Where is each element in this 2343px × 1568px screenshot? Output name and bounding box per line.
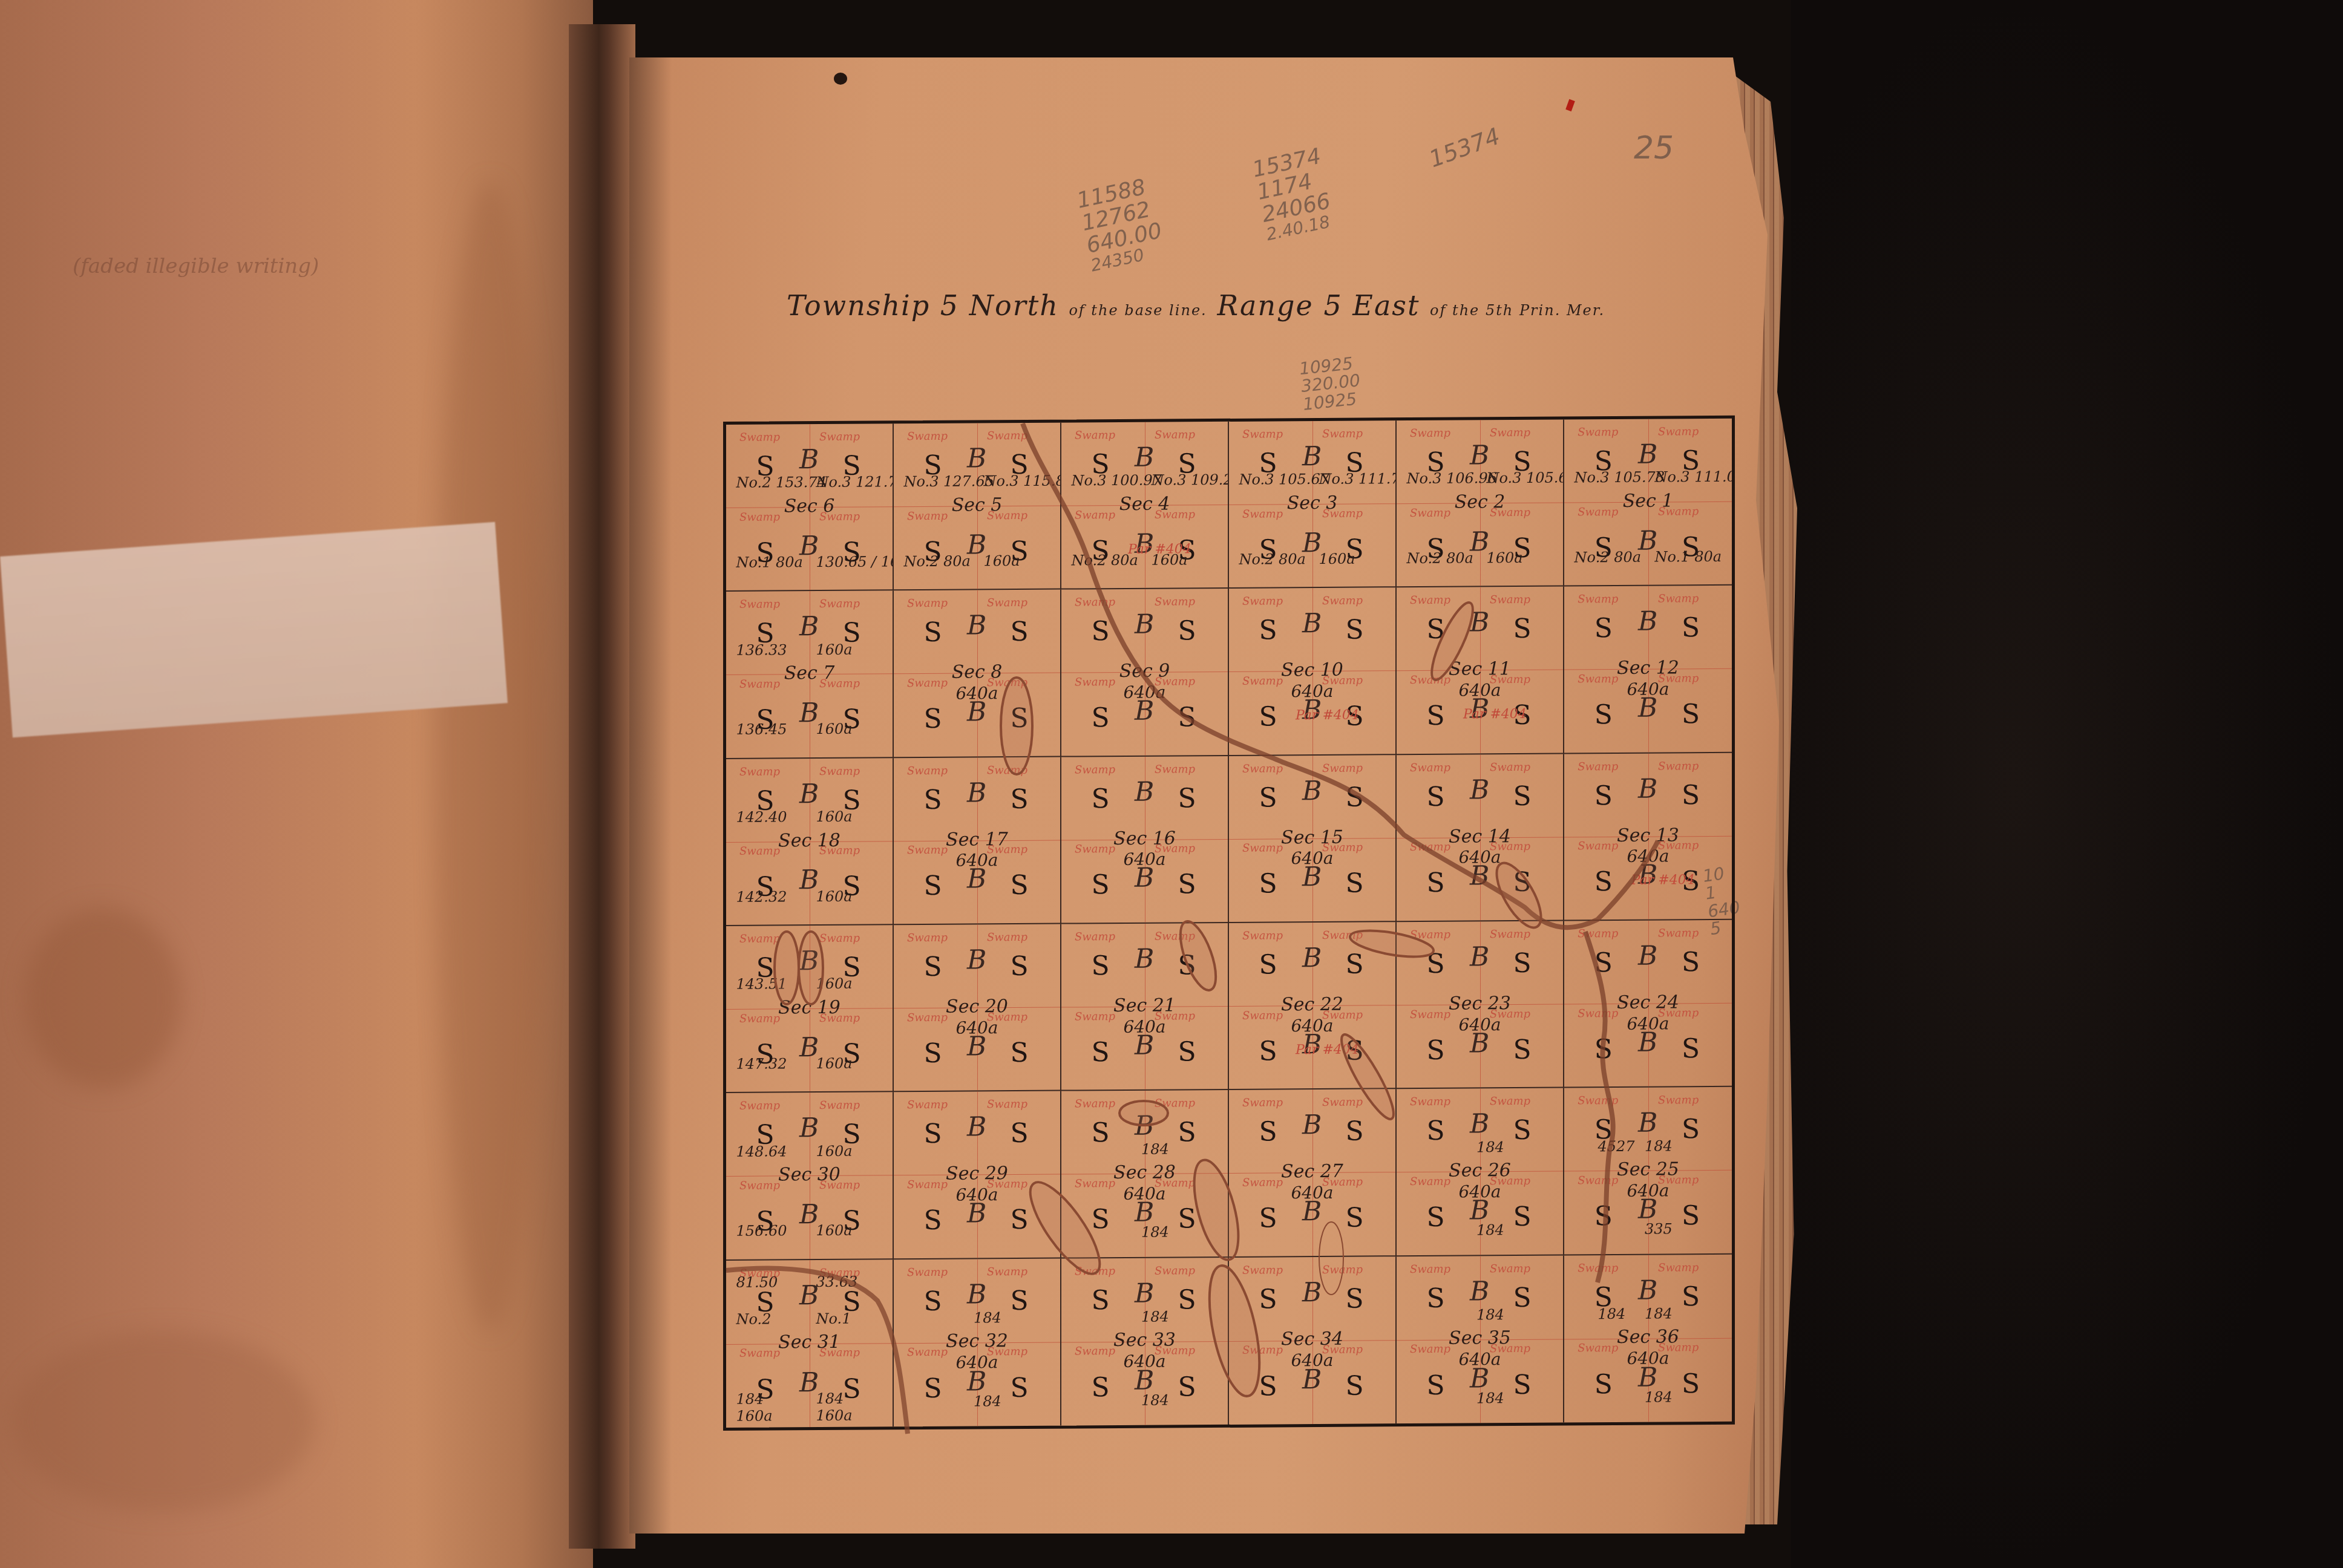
s-mark: S bbox=[1513, 1034, 1532, 1065]
section-28: SwampSwampSwampSwampSBSSBSSec 28640a1841… bbox=[1061, 1090, 1229, 1258]
b-mark: B bbox=[1135, 776, 1154, 807]
section-acreage: 640a bbox=[1397, 847, 1563, 868]
s-mark: S bbox=[1259, 1371, 1277, 1402]
b-mark: B bbox=[1470, 440, 1489, 471]
lot-value: No.3 106.96 bbox=[1407, 469, 1498, 487]
section-label: Sec 24 bbox=[1564, 991, 1732, 1014]
binding-hole bbox=[834, 73, 847, 85]
swamp-label: Swamp bbox=[1410, 1096, 1450, 1108]
lot-value: 184 bbox=[1141, 1308, 1169, 1325]
section-acreage: 640a bbox=[894, 1352, 1060, 1373]
lot-value: 184 bbox=[816, 1390, 844, 1407]
lot-value: 156.60 bbox=[736, 1223, 787, 1240]
lot-value: No.3 111.09 bbox=[1655, 468, 1732, 486]
s-mark: S bbox=[1682, 780, 1700, 811]
title-meridian: of the 5th Prin. Mer. bbox=[1430, 302, 1605, 319]
lot-value: 184 bbox=[1645, 1305, 1673, 1322]
section-acreage: 640a bbox=[1061, 1016, 1228, 1037]
lot-value: No.3 121.76 bbox=[816, 473, 894, 491]
swamp-label: Swamp bbox=[907, 932, 948, 944]
s-mark: S bbox=[843, 1373, 861, 1404]
swamp-label: Swamp bbox=[1490, 928, 1530, 941]
swamp-label: Swamp bbox=[739, 598, 780, 611]
lot-value: 148.64 bbox=[736, 1143, 787, 1160]
section-label: Sec 18 bbox=[726, 829, 893, 852]
section-acreage: 640a bbox=[1061, 682, 1228, 703]
section-4: SwampSwampSwampSwampSBSSBSSec 4Par #404N… bbox=[1061, 422, 1229, 590]
stain bbox=[12, 1331, 315, 1512]
lot-value: 33.63 bbox=[816, 1273, 858, 1290]
section-acreage: 640a bbox=[1564, 846, 1732, 867]
lot-value: 160a bbox=[816, 641, 853, 658]
s-mark: S bbox=[1513, 948, 1532, 979]
page-number: 25 bbox=[1634, 130, 1674, 166]
s-mark: S bbox=[1513, 1201, 1532, 1232]
section-label: Sec 28 bbox=[1061, 1161, 1228, 1184]
section-33: SwampSwampSwampSwampSBSSBSSec 33640a1841… bbox=[1061, 1258, 1229, 1426]
lot-value: No.2 bbox=[736, 1310, 772, 1327]
s-mark: S bbox=[1427, 1202, 1445, 1233]
section-label: Sec 8 bbox=[894, 661, 1060, 684]
swamp-label: Swamp bbox=[1322, 762, 1363, 774]
lot-value: No.2 80a bbox=[1407, 549, 1473, 567]
s-mark: S bbox=[1259, 1203, 1277, 1233]
b-mark: B bbox=[1135, 442, 1154, 473]
b-mark: B bbox=[799, 1112, 819, 1143]
section-acreage: 640a bbox=[1229, 848, 1395, 869]
left-page-note: (faded illegible writing) bbox=[73, 254, 375, 278]
title-township: Township 5 North bbox=[787, 289, 1059, 322]
swamp-label: Swamp bbox=[1242, 762, 1283, 775]
lot-value: 136.33 bbox=[736, 641, 787, 659]
section-32: SwampSwampSwampSwampSBSSBSSec 32640a1841… bbox=[894, 1258, 1061, 1426]
section-label: Sec 27 bbox=[1229, 1160, 1395, 1183]
s-mark: S bbox=[1513, 1115, 1532, 1146]
swamp-label: Swamp bbox=[819, 932, 860, 945]
b-mark: B bbox=[799, 611, 819, 642]
s-mark: S bbox=[1092, 1037, 1110, 1068]
stain bbox=[24, 907, 182, 1089]
section-31: SwampSwampSwampSwampSBSSBSSec 31No.2No.1… bbox=[726, 1259, 894, 1428]
s-mark: S bbox=[1092, 950, 1110, 981]
s-mark: S bbox=[1427, 1034, 1445, 1065]
section-1: SwampSwampSwampSwampSBSSBSSec 1No.3 105.… bbox=[1564, 419, 1732, 587]
s-mark: S bbox=[1427, 1116, 1445, 1146]
section-22: SwampSwampSwampSwampSBSSBSSec 22640aPar … bbox=[1229, 922, 1397, 1090]
section-7: SwampSwampSwampSwampSBSSBSSec 7136.33160… bbox=[726, 591, 894, 759]
swamp-label: Swamp bbox=[1155, 428, 1195, 441]
swamp-label: Swamp bbox=[1155, 1097, 1195, 1110]
swamp-label: Swamp bbox=[1322, 1263, 1363, 1276]
swamp-label: Swamp bbox=[1490, 593, 1530, 606]
section-3: SwampSwampSwampSwampSBSSBSSec 3No.3 105.… bbox=[1229, 420, 1397, 589]
lot-value: 184 bbox=[1476, 1221, 1504, 1238]
section-label: Sec 26 bbox=[1397, 1160, 1563, 1182]
swamp-label: Swamp bbox=[1578, 1262, 1618, 1275]
swamp-label: Swamp bbox=[819, 1099, 860, 1112]
spine-shadow bbox=[629, 57, 672, 1534]
section-18: SwampSwampSwampSwampSBSSBSSec 18142.4016… bbox=[726, 758, 894, 926]
parcel-ref: Par #404 bbox=[1296, 707, 1359, 723]
b-mark: B bbox=[1638, 606, 1657, 637]
s-mark: S bbox=[1092, 1372, 1110, 1403]
section-label: Sec 31 bbox=[726, 1331, 893, 1354]
lot-value: 160a bbox=[1319, 550, 1355, 567]
s-mark: S bbox=[1427, 1370, 1445, 1400]
lot-value: No.3 105.67 bbox=[1239, 471, 1330, 488]
s-mark: S bbox=[924, 704, 942, 734]
swamp-label: Swamp bbox=[1410, 1263, 1450, 1275]
parcel-ref: Par #404 bbox=[1463, 707, 1527, 722]
section-label: Sec 5 bbox=[894, 494, 1060, 517]
s-mark: S bbox=[1011, 1037, 1029, 1068]
lot-value: 160a bbox=[816, 975, 853, 992]
b-mark: B bbox=[799, 444, 819, 475]
swamp-label: Swamp bbox=[1578, 927, 1618, 940]
s-mark: S bbox=[1011, 616, 1029, 647]
lot-value: 184 bbox=[974, 1309, 1001, 1326]
s-mark: S bbox=[1092, 783, 1110, 814]
b-mark: B bbox=[1302, 942, 1322, 973]
section-label: Sec 10 bbox=[1229, 659, 1395, 681]
s-mark: S bbox=[1259, 1284, 1277, 1315]
s-mark: S bbox=[1092, 616, 1110, 647]
s-mark: S bbox=[1178, 1284, 1196, 1315]
s-mark: S bbox=[1513, 780, 1532, 811]
section-16: SwampSwampSwampSwampSBSSBSSec 16640a bbox=[1061, 756, 1229, 924]
s-mark: S bbox=[924, 1119, 942, 1149]
section-9: SwampSwampSwampSwampSBSSBSSec 9640a bbox=[1061, 589, 1229, 757]
stain bbox=[436, 181, 545, 1331]
b-mark: B bbox=[1470, 941, 1489, 972]
s-mark: S bbox=[1259, 1036, 1277, 1067]
section-label: Sec 2 bbox=[1397, 491, 1563, 513]
s-mark: S bbox=[1346, 615, 1364, 645]
b-mark: B bbox=[1470, 774, 1489, 805]
s-mark: S bbox=[1513, 613, 1532, 644]
b-mark: B bbox=[1638, 940, 1657, 971]
swamp-label: Swamp bbox=[1578, 426, 1618, 439]
swamp-label: Swamp bbox=[987, 1098, 1027, 1111]
lot-value: 136.45 bbox=[736, 721, 787, 739]
section-6: SwampSwampSwampSwampSBSSBSSec 6No.2 153.… bbox=[726, 423, 894, 592]
section-label: Sec 17 bbox=[894, 828, 1060, 851]
s-mark: S bbox=[1178, 615, 1196, 646]
b-mark: B bbox=[1302, 608, 1322, 639]
book-gutter bbox=[569, 24, 635, 1549]
section-25: SwampSwampSwampSwampSBSSBSSec 25640a1843… bbox=[1564, 1087, 1732, 1255]
section-label: Sec 12 bbox=[1564, 657, 1732, 679]
s-mark: S bbox=[1682, 699, 1700, 730]
section-label: Sec 7 bbox=[726, 662, 893, 685]
s-mark: S bbox=[1011, 783, 1029, 814]
section-label: Sec 30 bbox=[726, 1164, 893, 1186]
s-mark: S bbox=[1427, 701, 1445, 731]
lot-value: 184 bbox=[1645, 1137, 1673, 1154]
title-range: Range 5 East bbox=[1217, 289, 1420, 322]
s-mark: S bbox=[1682, 947, 1700, 978]
parcel-ref: Par #404 bbox=[1631, 872, 1695, 888]
b-mark: B bbox=[1135, 1111, 1154, 1142]
s-mark: S bbox=[1682, 1114, 1700, 1145]
s-mark: S bbox=[924, 617, 942, 648]
s-mark: S bbox=[1594, 780, 1613, 811]
s-mark: S bbox=[1427, 867, 1445, 898]
section-label: Sec 19 bbox=[726, 996, 893, 1019]
s-mark: S bbox=[1594, 947, 1613, 978]
b-mark: B bbox=[1135, 609, 1154, 640]
parcel-ref: Par #404 bbox=[1296, 1042, 1359, 1057]
lot-value: 160a bbox=[816, 887, 853, 904]
section-27: SwampSwampSwampSwampSBSSBSSec 27640a bbox=[1229, 1089, 1397, 1258]
left-page: (faded illegible writing) bbox=[0, 0, 593, 1568]
swamp-label: Swamp bbox=[739, 765, 780, 778]
swamp-label: Swamp bbox=[1075, 1265, 1115, 1278]
s-mark: S bbox=[1594, 1201, 1613, 1232]
section-acreage: 640a bbox=[1061, 1183, 1228, 1204]
section-23: SwampSwampSwampSwampSBSSBSSec 23640a bbox=[1397, 921, 1564, 1089]
section-acreage: 640a bbox=[894, 1184, 1060, 1206]
section-label: Sec 35 bbox=[1397, 1327, 1563, 1350]
s-mark: S bbox=[1011, 1118, 1029, 1149]
s-mark: S bbox=[1178, 869, 1196, 900]
section-21: SwampSwampSwampSwampSBSSBSSec 21640a bbox=[1061, 923, 1229, 1091]
s-mark: S bbox=[1011, 870, 1029, 901]
section-14: SwampSwampSwampSwampSBSSBSSec 14640a bbox=[1397, 754, 1564, 922]
section-label: Sec 25 bbox=[1564, 1158, 1732, 1181]
section-label: Sec 20 bbox=[894, 996, 1060, 1018]
section-10: SwampSwampSwampSwampSBSSBSSec 10640aPar … bbox=[1229, 588, 1397, 756]
s-mark: S bbox=[1259, 1117, 1277, 1148]
s-mark: S bbox=[1682, 1200, 1700, 1231]
s-mark: S bbox=[924, 1373, 942, 1403]
b-mark: B bbox=[967, 610, 986, 641]
section-label: Sec 15 bbox=[1229, 826, 1395, 849]
s-mark: S bbox=[1682, 612, 1700, 643]
b-mark: B bbox=[1135, 1278, 1154, 1308]
s-mark: S bbox=[1092, 1285, 1110, 1316]
lot-value: No.2 80a bbox=[904, 552, 971, 570]
swamp-label: Swamp bbox=[1410, 427, 1450, 440]
section-label: Sec 23 bbox=[1397, 992, 1563, 1014]
lot-value: No.3 105.60 bbox=[1487, 469, 1565, 487]
swamp-label: Swamp bbox=[1075, 596, 1115, 609]
b-mark: B bbox=[1638, 773, 1657, 804]
section-5: SwampSwampSwampSwampSBSSBSSec 5No.3 127.… bbox=[894, 423, 1061, 591]
swamp-label: Swamp bbox=[1155, 596, 1195, 609]
swamp-label: Swamp bbox=[987, 931, 1027, 944]
swamp-label: Swamp bbox=[987, 430, 1027, 442]
swamp-label: Swamp bbox=[1155, 930, 1195, 942]
lot-value: 184 bbox=[1141, 1391, 1169, 1408]
s-mark: S bbox=[1092, 869, 1110, 900]
section-30: SwampSwampSwampSwampSBSSBSSec 30148.6416… bbox=[726, 1093, 894, 1261]
swamp-label: Swamp bbox=[1322, 595, 1363, 607]
b-mark: B bbox=[1302, 776, 1322, 806]
s-mark: S bbox=[1092, 1117, 1110, 1148]
s-mark: S bbox=[1682, 1281, 1700, 1312]
b-mark: B bbox=[1638, 1108, 1657, 1138]
s-mark: S bbox=[924, 1286, 942, 1317]
s-mark: S bbox=[1513, 1282, 1532, 1313]
lot-value: 160a bbox=[984, 552, 1020, 569]
b-mark: B bbox=[967, 944, 986, 975]
lot-value: No.3 115.88 bbox=[984, 472, 1062, 490]
s-mark: S bbox=[1178, 1203, 1196, 1234]
section-label: Sec 14 bbox=[1397, 825, 1563, 848]
section-26: SwampSwampSwampSwampSBSSBSSec 26640a1841… bbox=[1397, 1088, 1564, 1256]
s-mark: S bbox=[1259, 949, 1277, 980]
swamp-label: Swamp bbox=[1322, 1096, 1363, 1109]
s-mark: S bbox=[1513, 1369, 1532, 1400]
s-mark: S bbox=[1594, 699, 1613, 730]
swamp-label: Swamp bbox=[1658, 927, 1699, 939]
swamp-label: Swamp bbox=[987, 596, 1027, 609]
s-mark: S bbox=[1594, 1369, 1613, 1400]
lot-value: 184 bbox=[736, 1391, 764, 1408]
title-baseline: of the base line. bbox=[1069, 302, 1207, 319]
section-acreage: 640a bbox=[1061, 1351, 1228, 1372]
section-acreage: 640a bbox=[1229, 1350, 1395, 1371]
section-label: Sec 32 bbox=[894, 1330, 1060, 1353]
swamp-label: Swamp bbox=[739, 431, 780, 443]
s-mark: S bbox=[1346, 949, 1364, 979]
section-acreage: 640a bbox=[1397, 679, 1563, 701]
section-label: Sec 29 bbox=[894, 1163, 1060, 1185]
section-label: Sec 33 bbox=[1061, 1329, 1228, 1351]
s-mark: S bbox=[1178, 783, 1196, 814]
background bbox=[1791, 0, 2343, 1568]
lot-value: 142.32 bbox=[736, 888, 787, 906]
b-mark: B bbox=[967, 1279, 986, 1310]
section-label: Sec 9 bbox=[1061, 660, 1228, 682]
s-mark: S bbox=[1178, 1371, 1196, 1402]
swamp-label: Swamp bbox=[1322, 428, 1363, 440]
s-mark: S bbox=[1346, 1283, 1364, 1314]
b-mark: B bbox=[1470, 1276, 1489, 1307]
section-label: Sec 21 bbox=[1061, 995, 1228, 1017]
b-mark: B bbox=[1638, 1275, 1657, 1305]
s-mark: S bbox=[1427, 781, 1445, 812]
lot-value: 184 bbox=[1476, 1390, 1504, 1406]
section-acreage: 640a bbox=[1397, 1349, 1563, 1370]
section-acreage: 640a bbox=[1229, 1015, 1395, 1036]
section-15: SwampSwampSwampSwampSBSSBSSec 15640a bbox=[1229, 755, 1397, 923]
s-mark: S bbox=[1178, 1117, 1196, 1148]
section-34: SwampSwampSwampSwampSBSSBSSec 34640a bbox=[1229, 1256, 1397, 1425]
s-mark: S bbox=[924, 784, 942, 815]
b-mark: B bbox=[1302, 1109, 1322, 1140]
swamp-label: Swamp bbox=[1490, 426, 1530, 439]
s-mark: S bbox=[1346, 1370, 1364, 1401]
s-mark: S bbox=[1011, 1372, 1029, 1403]
lot-value: 160a bbox=[1487, 549, 1523, 566]
lot-value: 335 bbox=[1645, 1220, 1673, 1237]
lot-value: 184 bbox=[1141, 1140, 1169, 1157]
swamp-label: Swamp bbox=[1410, 761, 1450, 774]
section-35: SwampSwampSwampSwampSBSSBSSec 35640a1841… bbox=[1397, 1255, 1564, 1423]
swamp-label: Swamp bbox=[1658, 1094, 1699, 1106]
section-label: Sec 4 bbox=[1061, 493, 1228, 515]
b-mark: B bbox=[1302, 441, 1322, 472]
s-mark: S bbox=[1427, 1283, 1445, 1314]
swamp-label: Swamp bbox=[1578, 760, 1618, 773]
section-acreage: 640a bbox=[1564, 1348, 1732, 1369]
b-mark: B bbox=[799, 946, 819, 976]
swamp-label: Swamp bbox=[907, 1266, 948, 1278]
section-29: SwampSwampSwampSwampSBSSBSSec 29640a bbox=[894, 1091, 1061, 1259]
b-mark: B bbox=[1302, 1277, 1322, 1308]
swamp-label: Swamp bbox=[1658, 1261, 1699, 1274]
section-13: SwampSwampSwampSwampSBSSBSSec 13640aPar … bbox=[1564, 753, 1732, 921]
section-19: SwampSwampSwampSwampSBSSBSSec 19143.5116… bbox=[726, 925, 894, 1093]
swamp-label: Swamp bbox=[1155, 763, 1195, 776]
lot-value: 160a bbox=[816, 1055, 853, 1072]
lot-value: No.3 111.71 bbox=[1319, 470, 1397, 488]
s-mark: S bbox=[1092, 1204, 1110, 1235]
lot-value: 142.40 bbox=[736, 808, 787, 826]
plat-title: Township 5 North of the base line. Range… bbox=[787, 289, 1634, 332]
lot-value: 184 bbox=[1645, 1388, 1673, 1405]
township-grid: SwampSwampSwampSwampSBSSBSSec 6No.2 153.… bbox=[723, 416, 1735, 1431]
s-mark: S bbox=[1259, 782, 1277, 813]
lot-value: 184 bbox=[1476, 1138, 1504, 1155]
swamp-label: Swamp bbox=[907, 764, 948, 777]
s-mark: S bbox=[1346, 868, 1364, 899]
section-acreage: 640a bbox=[1061, 849, 1228, 870]
s-mark: S bbox=[1594, 1034, 1613, 1065]
section-acreage: 640a bbox=[894, 850, 1060, 871]
swamp-label: Swamp bbox=[1242, 428, 1283, 440]
lot-value: 184 bbox=[1476, 1306, 1504, 1323]
lot-value: No.3 100.97 bbox=[1072, 472, 1162, 489]
lot-value: 160a bbox=[1152, 551, 1188, 568]
s-mark: S bbox=[924, 871, 942, 901]
swamp-label: Swamp bbox=[739, 932, 780, 945]
section-acreage: 640a bbox=[1229, 681, 1395, 702]
swamp-label: Swamp bbox=[1075, 1097, 1115, 1110]
s-mark: S bbox=[1178, 1036, 1196, 1067]
lot-value: 160a bbox=[736, 1407, 773, 1424]
swamp-label: Swamp bbox=[1075, 763, 1115, 776]
s-mark: S bbox=[1259, 701, 1277, 732]
swamp-label: Swamp bbox=[1410, 594, 1450, 607]
lot-value: No.3 105.78 bbox=[1575, 469, 1665, 486]
section-acreage: 640a bbox=[1397, 1181, 1563, 1202]
lot-value: 160a bbox=[816, 1407, 853, 1424]
swamp-label: Swamp bbox=[1658, 592, 1699, 605]
s-mark: S bbox=[1092, 702, 1110, 733]
lot-value: No.2 80a bbox=[1072, 552, 1138, 569]
section-label: Sec 34 bbox=[1229, 1328, 1395, 1351]
s-mark: S bbox=[1682, 1368, 1700, 1399]
section-8: SwampSwampSwampSwampSBSSBSSec 8640a bbox=[894, 590, 1061, 758]
b-mark: B bbox=[1470, 607, 1489, 638]
s-mark: S bbox=[1011, 1204, 1029, 1235]
pencil-calc-4: 10925 320.00 10925 bbox=[1299, 354, 1363, 413]
section-label: Sec 16 bbox=[1061, 828, 1228, 850]
lot-value: 160a bbox=[816, 1222, 853, 1239]
lot-value: 184 bbox=[1597, 1305, 1625, 1322]
section-acreage: 640a bbox=[1564, 1013, 1732, 1034]
swamp-label: Swamp bbox=[907, 1099, 948, 1111]
repair-tape bbox=[0, 522, 508, 737]
s-mark: S bbox=[1011, 1285, 1029, 1316]
section-label: Sec 11 bbox=[1397, 658, 1563, 681]
section-20: SwampSwampSwampSwampSBSSBSSec 20640a bbox=[894, 924, 1061, 1093]
section-24: SwampSwampSwampSwampSBSSBSSec 24640a bbox=[1564, 920, 1732, 1088]
swamp-label: Swamp bbox=[1155, 1264, 1195, 1277]
